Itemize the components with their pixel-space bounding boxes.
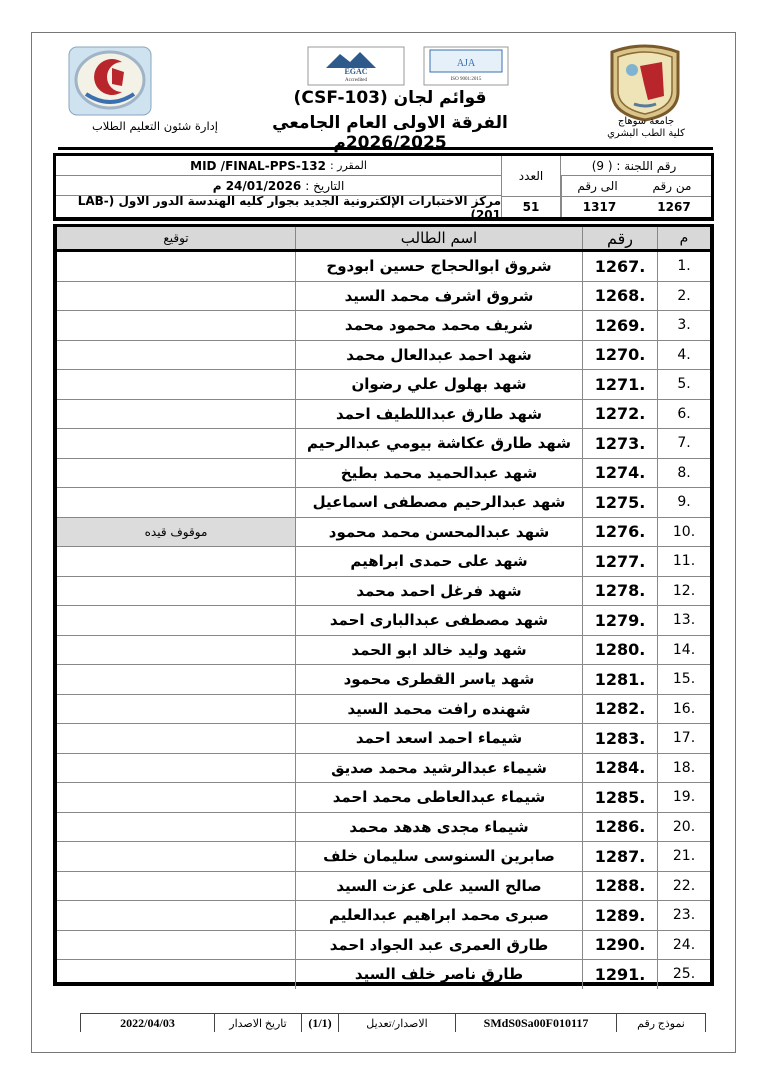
student-number: .1286 [583,812,658,842]
student-name: شيماء مجدى هدهد محمد [296,812,583,842]
row-index: .5 [658,370,711,400]
faculty-logo [68,46,152,116]
table-row: .16.1282شهنده رافت محمد السيد [57,694,710,724]
course-label: المقرر : [330,159,367,172]
student-number: .1291 [583,960,658,989]
row-index: .19 [658,783,711,813]
signature-field [57,812,296,842]
row-index: .12 [658,576,711,606]
row-index: .8 [658,458,711,488]
signature-field [57,340,296,370]
count-label: العدد [501,156,561,197]
signature-field [57,724,296,754]
row-index: .17 [658,724,711,754]
student-name: شيماء عبدالرشيد محمد صديق [296,753,583,783]
form-footer: نموذج رقم SMdS0Sa00F010117 الاصدار/تعديل… [80,1013,706,1032]
student-number: .1282 [583,694,658,724]
student-number: .1268 [583,281,658,311]
student-number: .1290 [583,930,658,960]
signature-field [57,665,296,695]
student-number: .1277 [583,547,658,577]
signature-field [57,399,296,429]
header-divider [58,147,713,150]
issue-date-value: 2022/04/03 [81,1014,215,1033]
student-name: طارق ناصر خلف السيد [296,960,583,989]
student-number: .1275 [583,488,658,518]
table-row: .14.1280شهد وليد خالد ابو الحمد [57,635,710,665]
table-header-row: م رقم اسم الطالب توقيع [57,227,710,251]
signature-field [57,281,296,311]
table-row: .5.1271شهد بهلول علي رضوان [57,370,710,400]
student-name: شروق اشرف محمد السيد [296,281,583,311]
table-row: .15.1281شهد ياسر القطرى محمود [57,665,710,695]
student-number: .1278 [583,576,658,606]
table-row: .17.1283شيماء احمد اسعد احمد [57,724,710,754]
table-row: .2.1268شروق اشرف محمد السيد [57,281,710,311]
students-table: م رقم اسم الطالب توقيع .1.1267شروق ابوال… [53,224,714,986]
university-name-block: جامعة سوهاج كلية الطب البشري [598,116,694,140]
committee-number: رقم اللجنة : ( 9) [561,156,711,176]
table-row: .10.1276شهد عبدالمحسن محمد محمودموقوف قي… [57,517,710,547]
signature-field [57,606,296,636]
table-row: .20.1286شيماء مجدى هدهد محمد [57,812,710,842]
row-index: .10 [658,517,711,547]
student-number: .1285 [583,783,658,813]
course-value: MID /FINAL-PPS-132 [190,159,326,173]
to-number-value: 1317 [561,197,637,217]
signature-field [57,930,296,960]
row-index: .15 [658,665,711,695]
student-number: .1274 [583,458,658,488]
student-name: شهد عبدالرحيم مصطفى اسماعيل [296,488,583,518]
form-number-label: نموذج رقم [617,1014,706,1033]
row-index: .23 [658,901,711,931]
row-index: .21 [658,842,711,872]
student-number: .1284 [583,753,658,783]
student-name: شهد وليد خالد ابو الحمد [296,635,583,665]
certification-logos: EGAC Accredited AJA ISO 9001:2015 [306,46,516,86]
row-index: .16 [658,694,711,724]
student-name: شهد عبدالحميد محمد بطيخ [296,458,583,488]
row-index: .2 [658,281,711,311]
row-index: .6 [658,399,711,429]
student-name: شهد طارق عبداللطيف احمد [296,399,583,429]
row-index: .14 [658,635,711,665]
row-index: .9 [658,488,711,518]
edition-label: الاصدار/تعديل [339,1014,456,1033]
row-index: .25 [658,960,711,989]
student-name: شروق ابوالحجاج حسين ابودوح [296,251,583,282]
to-number-label: الى رقم [561,176,637,197]
signature-field [57,753,296,783]
student-name: شهنده رافت محمد السيد [296,694,583,724]
header-index: م [658,227,711,251]
signature-field [57,635,296,665]
signature-field [57,311,296,341]
date-value: 24/01/2026 م [213,179,302,193]
table-row: .8.1274شهد عبدالحميد محمد بطيخ [57,458,710,488]
from-number-value: 1267 [637,197,711,217]
signature-status: موقوف قيده [57,517,296,547]
student-name: شهد طارق عكاشة بيومي عبدالرحيم [296,429,583,459]
edition-value: (1/1) [302,1014,339,1033]
document-title: قوائم لجان (CSF-103) [250,88,530,108]
student-name: شهد عبدالمحسن محمد محمود [296,517,583,547]
table-row: .21.1287صابرين السنوسى سليمان خلف [57,842,710,872]
student-number: .1267 [583,251,658,282]
table-row: .13.1279شهد مصطفى عبدالبارى احمد [57,606,710,636]
student-number: .1279 [583,606,658,636]
signature-field [57,251,296,282]
form-number-value: SMdS0Sa00F010117 [456,1014,617,1033]
table-row: .11.1277شهد على حمدى ابراهيم [57,547,710,577]
table-row: .22.1288صالح السيد على عزت السيد [57,871,710,901]
table-row: .4.1270شهد احمد عبدالعال محمد [57,340,710,370]
svg-text:AJA: AJA [457,58,476,69]
student-name: شهد مصطفى عبدالبارى احمد [296,606,583,636]
table-row: .24.1290طارق العمرى عبد الجواد احمد [57,930,710,960]
signature-field [57,694,296,724]
table-row: .18.1284شيماء عبدالرشيد محمد صديق [57,753,710,783]
row-index: .11 [658,547,711,577]
signature-field [57,783,296,813]
student-name: صبرى محمد ابراهيم عبدالعليم [296,901,583,931]
exam-venue: مركز الاختبارات الإلكترونية الجديد بجوار… [56,196,501,217]
header-student-name: اسم الطالب [296,227,583,251]
table-row: .23.1289صبرى محمد ابراهيم عبدالعليم [57,901,710,931]
student-name: شهد فرغل احمد محمد [296,576,583,606]
student-number: .1287 [583,842,658,872]
row-index: .3 [658,311,711,341]
student-number: .1276 [583,517,658,547]
row-index: .18 [658,753,711,783]
signature-field [57,547,296,577]
table-row: .3.1269شريف محمد محمود محمد [57,311,710,341]
date-label: التاريخ : [305,179,344,193]
table-row: .19.1285شيماء عبدالعاطى محمد احمد [57,783,710,813]
student-number: .1289 [583,901,658,931]
student-number: .1269 [583,311,658,341]
table-row: .6.1272شهد طارق عبداللطيف احمد [57,399,710,429]
table-row: .12.1278شهد فرغل احمد محمد [57,576,710,606]
signature-field [57,488,296,518]
issue-date-label: تاريخ الاصدار [215,1014,302,1033]
row-index: .22 [658,871,711,901]
signature-field [57,370,296,400]
student-name: شهد على حمدى ابراهيم [296,547,583,577]
row-index: .20 [658,812,711,842]
signature-field [57,960,296,989]
count-value: 51 [501,197,561,217]
student-name: شيماء عبدالعاطى محمد احمد [296,783,583,813]
signature-field [57,458,296,488]
student-number: .1288 [583,871,658,901]
signature-field [57,901,296,931]
row-index: .7 [658,429,711,459]
faculty-name: كلية الطب البشري [598,128,694,140]
department-name: إدارة شئون التعليم الطلاب [64,119,246,133]
student-name: شريف محمد محمود محمد [296,311,583,341]
signature-field [57,842,296,872]
row-index: .1 [658,251,711,282]
course-field: المقرر : MID /FINAL-PPS-132 [56,156,501,176]
signature-field [57,576,296,606]
student-name: شهد ياسر القطرى محمود [296,665,583,695]
row-index: .24 [658,930,711,960]
student-number: .1280 [583,635,658,665]
svg-text:ISO 9001:2015: ISO 9001:2015 [451,77,482,82]
student-name: شهد احمد عبدالعال محمد [296,340,583,370]
row-index: .4 [658,340,711,370]
student-number: .1273 [583,429,658,459]
student-name: صالح السيد على عزت السيد [296,871,583,901]
student-number: .1271 [583,370,658,400]
table-row: .25.1291طارق ناصر خلف السيد [57,960,710,989]
student-number: .1272 [583,399,658,429]
table-row: .9.1275شهد عبدالرحيم مصطفى اسماعيل [57,488,710,518]
svg-text:Accredited: Accredited [345,78,367,83]
student-name: صابرين السنوسى سليمان خلف [296,842,583,872]
student-name: شهد بهلول علي رضوان [296,370,583,400]
signature-field [57,871,296,901]
svg-text:EGAC: EGAC [344,67,367,76]
committee-info: رقم اللجنة : ( 9) من رقم الى رقم 1267 13… [53,153,714,221]
student-name: طارق العمرى عبد الجواد احمد [296,930,583,960]
student-number: .1283 [583,724,658,754]
table-row: .1.1267شروق ابوالحجاج حسين ابودوح [57,251,710,282]
student-name: شيماء احمد اسعد احمد [296,724,583,754]
signature-field [57,429,296,459]
row-index: .13 [658,606,711,636]
university-logo [604,44,686,122]
student-number: .1270 [583,340,658,370]
student-number: .1281 [583,665,658,695]
university-name: جامعة سوهاج [598,116,694,128]
header-number: رقم [583,227,658,251]
header-signature: توقيع [57,227,296,251]
from-number-label: من رقم [637,176,711,197]
table-row: .7.1273شهد طارق عكاشة بيومي عبدالرحيم [57,429,710,459]
